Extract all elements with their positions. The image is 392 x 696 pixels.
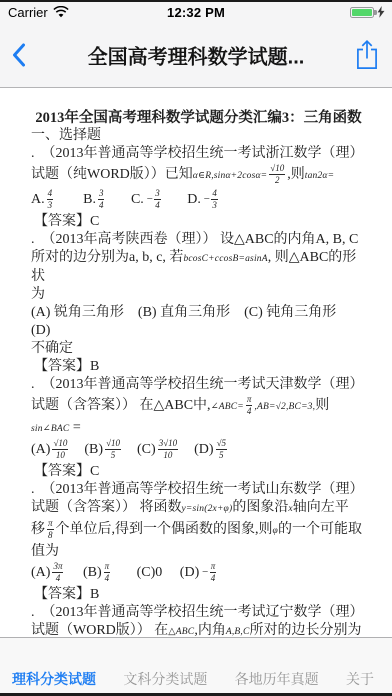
- doc-line: . （2013年普通高等学校招生统一考试山东数学（理）: [31, 481, 366, 499]
- math-fraction: −π4: [201, 561, 216, 586]
- math-fraction: 3√1010: [158, 438, 178, 463]
- doc-text: B.: [55, 192, 96, 207]
- doc-text: . （2013年普通高等学校招生统一考试辽宁数学（理）: [31, 605, 364, 620]
- math-inline: y=sin(2x+φ): [182, 504, 233, 514]
- doc-line: . （2013年普通高等学校招生统一考试辽宁数学（理）: [31, 604, 366, 622]
- math-inline: △ABC: [168, 627, 194, 637]
- doc-text: . （2013年普通高等学校招生统一考试浙江数学（理）: [31, 146, 364, 161]
- tab-regional-past-exams[interactable]: 各地历年真题: [235, 669, 319, 689]
- doc-text: (D): [180, 442, 213, 457]
- screen-top-edge: [0, 0, 392, 2]
- doc-line: 【答案】B: [31, 358, 366, 376]
- doc-text: 个单位后,得到一个偶函数的图象,则: [56, 522, 273, 537]
- doc-line: 不确定: [31, 340, 366, 358]
- math-fraction: π4: [104, 561, 111, 586]
- doc-text: 所对的边长分别为: [250, 623, 362, 637]
- doc-text: ,则: [287, 167, 305, 182]
- charging-bolt-icon: [377, 6, 385, 18]
- math-fraction: 3π4: [52, 561, 63, 586]
- battery-fill: [352, 9, 372, 16]
- doc-text: 【答案】B: [34, 587, 99, 602]
- math-inline: A,B,C: [226, 627, 250, 637]
- doc-text: (A): [31, 442, 50, 457]
- share-button[interactable]: [353, 38, 381, 72]
- math-inline: tan2α=: [305, 171, 335, 181]
- math-fraction: 34: [98, 188, 105, 213]
- math-fraction: √105: [105, 438, 121, 463]
- doc-line: 2013年全国高考理科数学试题分类汇编3：三角函数: [31, 109, 366, 127]
- doc-line: 值为: [31, 543, 366, 561]
- doc-text: 的图象沿: [232, 500, 288, 515]
- share-icon: [355, 40, 379, 70]
- doc-text: (A) 锐角三角形 (B) 直角三角形 (C) 钝角三角形 (D): [31, 305, 350, 338]
- math-fraction: −34: [146, 188, 161, 213]
- status-time: 12:32 PM: [167, 5, 225, 20]
- math-inline: ∠ABC=: [211, 402, 244, 412]
- wifi-icon: [53, 6, 69, 18]
- math-fraction: √102: [269, 163, 285, 188]
- doc-line: 试题（含答案）） 在△ABC中,∠ABC=π4,AB=√2,BC=3,则sin∠…: [31, 394, 366, 438]
- doc-line: . （2013年高考陕西卷（理）） 设△ABC的内角A, B, C: [31, 231, 366, 249]
- doc-text: (C): [123, 442, 156, 457]
- doc-line: (A)√1010 (B)√105 (C)3√1010 (D)√55: [31, 438, 366, 463]
- battery-icon: [350, 7, 374, 18]
- doc-line: 【答案】C: [31, 463, 366, 481]
- doc-text: 试题（纯WORD版））已知: [31, 167, 193, 182]
- page-title: 全国高考理科数学试题...: [50, 40, 342, 69]
- tab-liberal-arts-questions[interactable]: 文科分类试题: [123, 669, 207, 689]
- doc-text: 的一个可能取: [278, 522, 362, 537]
- doc-text: 一、选择题: [31, 128, 101, 143]
- document-body[interactable]: 2013年全国高考理科数学试题分类汇编3：三角函数一、选择题. （2013年普通…: [0, 89, 392, 637]
- doc-line: 试题（纯WORD版））已知α∈R,sinα+2cosα=√102,则tan2α=: [31, 163, 366, 188]
- doc-line: 所对的边分别为a, b, c, 若bcosC+ccosB=asinA, 则△AB…: [31, 249, 366, 286]
- doc-text: 【答案】C: [34, 214, 99, 229]
- doc-text: 轴向左平: [293, 500, 349, 515]
- doc-line: 【答案】B: [31, 586, 366, 604]
- tab-science-questions[interactable]: 理科分类试题: [12, 669, 96, 689]
- doc-line: (A)3π4 (B)π4 (C)0 (D)−π4: [31, 561, 366, 586]
- doc-text: (A): [31, 565, 50, 580]
- doc-text: 【答案】C: [34, 464, 99, 479]
- doc-text: . （2013年高考陕西卷（理）） 设△ABC的内角A, B, C: [31, 232, 358, 247]
- doc-line: 移π8个单位后,得到一个偶函数的图象,则φ的一个可能取: [31, 518, 366, 543]
- doc-text: 所对的边分别为a, b, c, 若: [31, 250, 183, 265]
- nav-bar: 全国高考理科数学试题...: [0, 22, 392, 87]
- status-bar: Carrier 12:32 PM: [0, 2, 392, 22]
- doc-line: 【答案】C: [31, 213, 366, 231]
- math-fraction: √55: [216, 438, 227, 463]
- math-fraction: π8: [47, 518, 54, 543]
- doc-text: 不确定: [31, 341, 73, 356]
- doc-line: . （2013年普通高等学校招生统一考试浙江数学（理）: [31, 145, 366, 163]
- doc-text: 则: [315, 398, 329, 413]
- doc-text: 2013年全国高考理科数学试题分类汇编3：三角函数: [35, 110, 361, 126]
- doc-line: A.43 B.34 C.−34 D.−43: [31, 188, 366, 213]
- math-inline: bcosC+ccosB=asinA: [183, 254, 267, 264]
- doc-text: 试题（WORD版）） 在: [31, 623, 168, 637]
- math-fraction: −43: [203, 188, 218, 213]
- math-inline: ,AB=√2,BC=3,: [254, 402, 315, 412]
- tab-bar: 理科分类试题 文科分类试题 各地历年真题 关于: [0, 637, 392, 693]
- doc-text: 为: [31, 287, 45, 302]
- doc-text: C.: [106, 192, 143, 207]
- doc-text: . （2013年普通高等学校招生统一考试天津数学（理）: [31, 377, 364, 392]
- header: Carrier 12:32 PM: [0, 0, 392, 88]
- doc-text: A.: [31, 192, 45, 207]
- doc-line: . （2013年普通高等学校招生统一考试天津数学（理）: [31, 376, 366, 394]
- doc-line: 为: [31, 286, 366, 304]
- math-fraction: √1010: [52, 438, 68, 463]
- math-inline: α∈R,sinα+2cosα=: [193, 171, 268, 181]
- doc-text: 移: [31, 522, 45, 537]
- doc-text: ,内角: [194, 623, 226, 637]
- doc-text: 试题（含答案）） 在△ABC中,: [31, 398, 211, 413]
- status-right: [350, 6, 387, 18]
- battery-tip: [374, 10, 377, 15]
- doc-text: (B): [65, 565, 101, 580]
- math-fraction: π4: [246, 394, 253, 419]
- doc-text: (B): [70, 442, 103, 457]
- math-fraction: 43: [47, 188, 54, 213]
- app-screen: Carrier 12:32 PM: [0, 0, 392, 696]
- doc-text: (C)0 (D): [112, 565, 199, 580]
- doc-text: 值为: [31, 544, 59, 559]
- doc-text: D.: [163, 192, 201, 207]
- status-left: Carrier: [5, 5, 69, 20]
- tab-about[interactable]: 关于: [346, 669, 374, 689]
- doc-line: 一、选择题: [31, 127, 366, 145]
- doc-line: 试题（WORD版）） 在△ABC,内角A,B,C所对的边长分别为: [31, 622, 366, 637]
- back-button[interactable]: [8, 39, 29, 71]
- doc-text: 试题（含答案）） 将函数: [31, 500, 182, 515]
- math-inline: sin∠BAC: [31, 424, 69, 434]
- doc-line: 试题（含答案）） 将函数y=sin(2x+φ)的图象沿x轴向左平: [31, 499, 366, 518]
- doc-line: (A) 锐角三角形 (B) 直角三角形 (C) 钝角三角形 (D): [31, 304, 366, 340]
- carrier-label: Carrier: [8, 5, 48, 20]
- doc-text: =: [69, 420, 80, 435]
- doc-text: . （2013年普通高等学校招生统一考试山东数学（理）: [31, 482, 364, 497]
- chevron-left-icon: [12, 43, 25, 67]
- doc-text: 【答案】B: [34, 359, 99, 374]
